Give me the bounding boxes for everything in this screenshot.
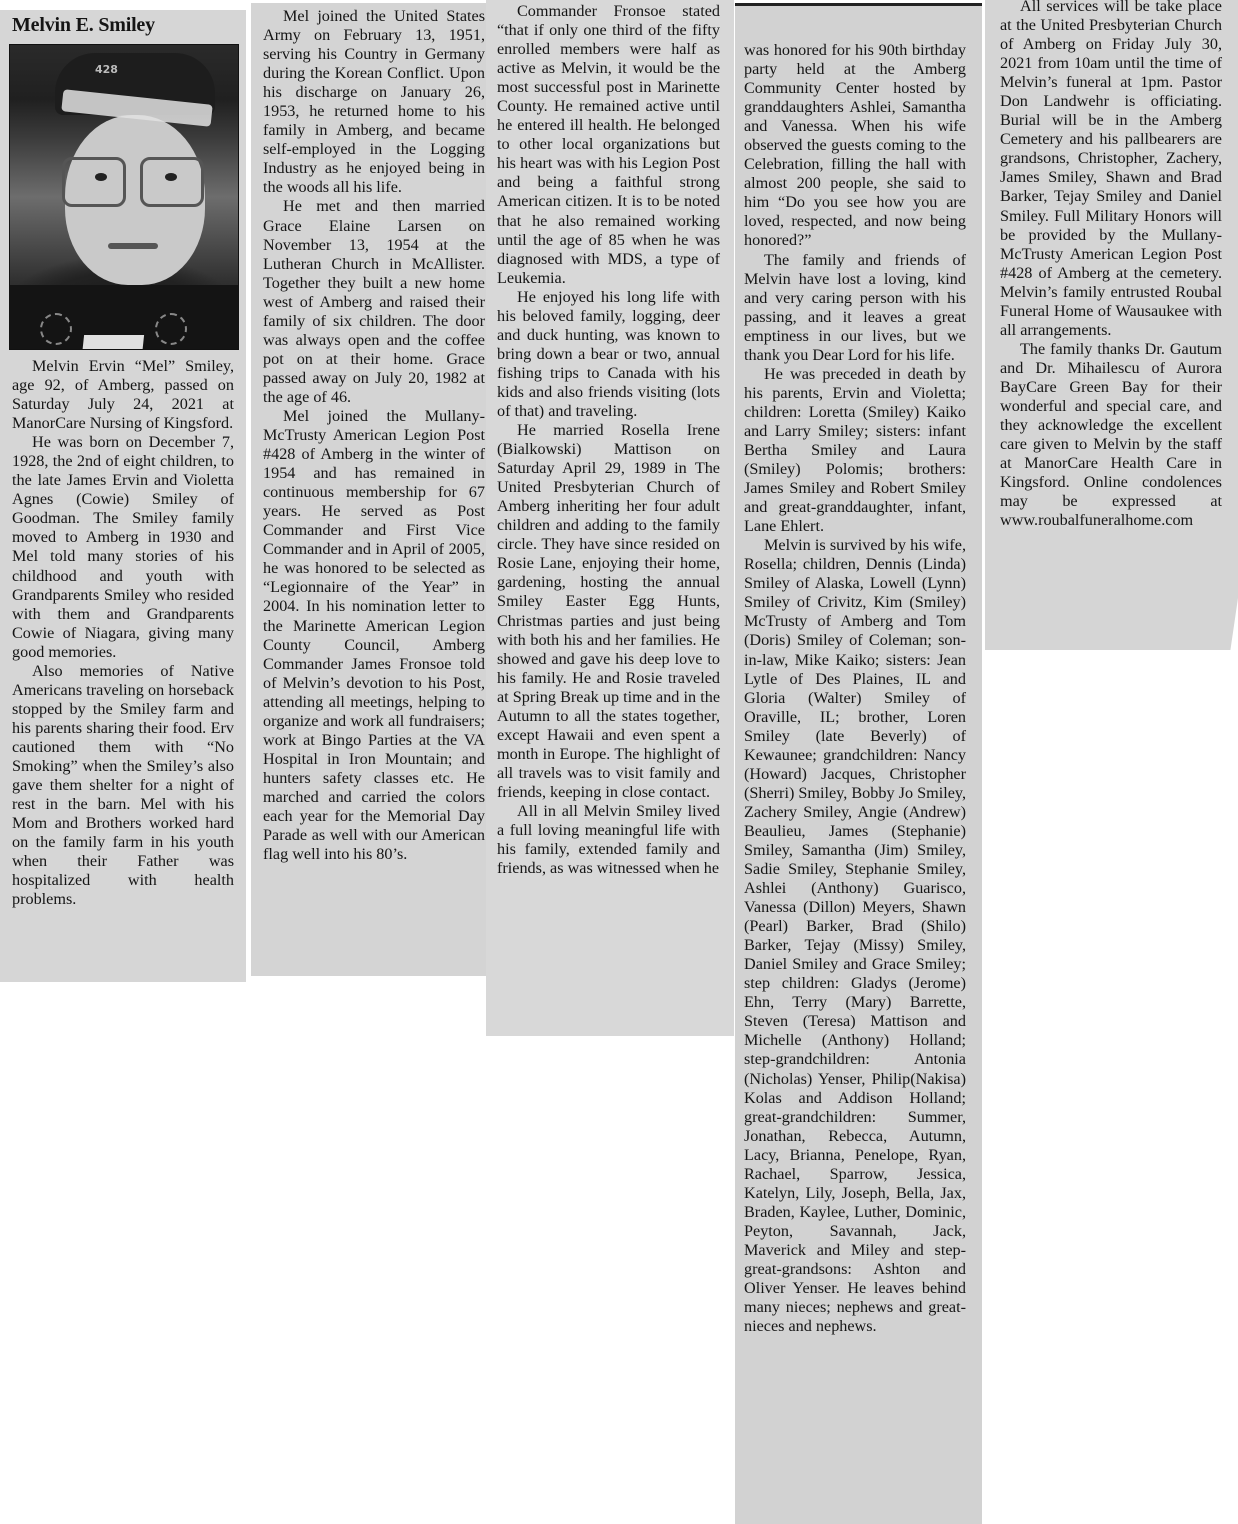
column-body: was honored for his 90th birthday party … xyxy=(744,41,966,1336)
paragraph: was honored for his 90th birthday party … xyxy=(744,41,966,251)
obituary-column-1: Melvin E. Smiley 428 Melvin Ervin “Mel” … xyxy=(0,10,246,982)
paragraph: All services will be take place at the U… xyxy=(1000,0,1222,340)
shirt-collar xyxy=(80,335,144,350)
paragraph: He enjoyed his long life with his belove… xyxy=(497,288,720,421)
column-body: Commander Fronsoe stat­ed “that if only … xyxy=(497,2,720,878)
column-body: All services will be take place at the U… xyxy=(1000,0,1222,530)
eye-right xyxy=(165,173,177,181)
paragraph: All in all Melvin Smiley lived a full lo… xyxy=(497,802,720,878)
paragraph: The family thanks Dr. Gautum and Dr. Mih… xyxy=(1000,340,1222,530)
paragraph: Mel joined the United States Army on Feb… xyxy=(263,7,485,197)
paragraph: Mel joined the Mullany-McTrusty American… xyxy=(263,407,485,864)
obituary-column-4: was honored for his 90th birthday party … xyxy=(735,3,982,1524)
paragraph: The family and friends of Melvin have lo… xyxy=(744,251,966,365)
paragraph: He was preceded in death by his parents,… xyxy=(744,365,966,536)
paragraph: He married Rosella Irene (Bialkowski) Ma… xyxy=(497,421,720,802)
paragraph: Melvin Ervin “Mel” Smiley, age 92, of Am… xyxy=(12,357,234,433)
paragraph: Commander Fronsoe stat­ed “that if only … xyxy=(497,2,720,288)
column-body: Melvin Ervin “Mel” Smiley, age 92, of Am… xyxy=(12,357,234,909)
paragraph: He was born on December 7, 1928, the 2nd… xyxy=(12,433,234,662)
portrait-photo: 428 xyxy=(9,44,239,350)
lapel-pin-right xyxy=(155,313,187,345)
lapel-pin-left xyxy=(40,313,72,345)
obituary-column-3: Commander Fronsoe stat­ed “that if only … xyxy=(486,0,734,1036)
obituary-title: Melvin E. Smiley xyxy=(12,14,155,37)
paragraph: Melvin is survived by his wife, Rosella;… xyxy=(744,536,966,1336)
cap-badge-text: 428 xyxy=(95,63,118,76)
paragraph: He met and then married Grace Elaine Lar… xyxy=(263,197,485,407)
obituary-column-2: Mel joined the United States Army on Feb… xyxy=(251,3,491,976)
eye-left xyxy=(95,173,107,181)
mouth xyxy=(108,243,158,249)
column-body: Mel joined the United States Army on Feb… xyxy=(263,7,485,864)
glasses-right-lens xyxy=(140,157,204,207)
glasses-left-lens xyxy=(62,157,126,207)
paragraph: Also memories of Native Americans travel… xyxy=(12,662,234,910)
obituary-column-5: All services will be take place at the U… xyxy=(985,0,1238,650)
